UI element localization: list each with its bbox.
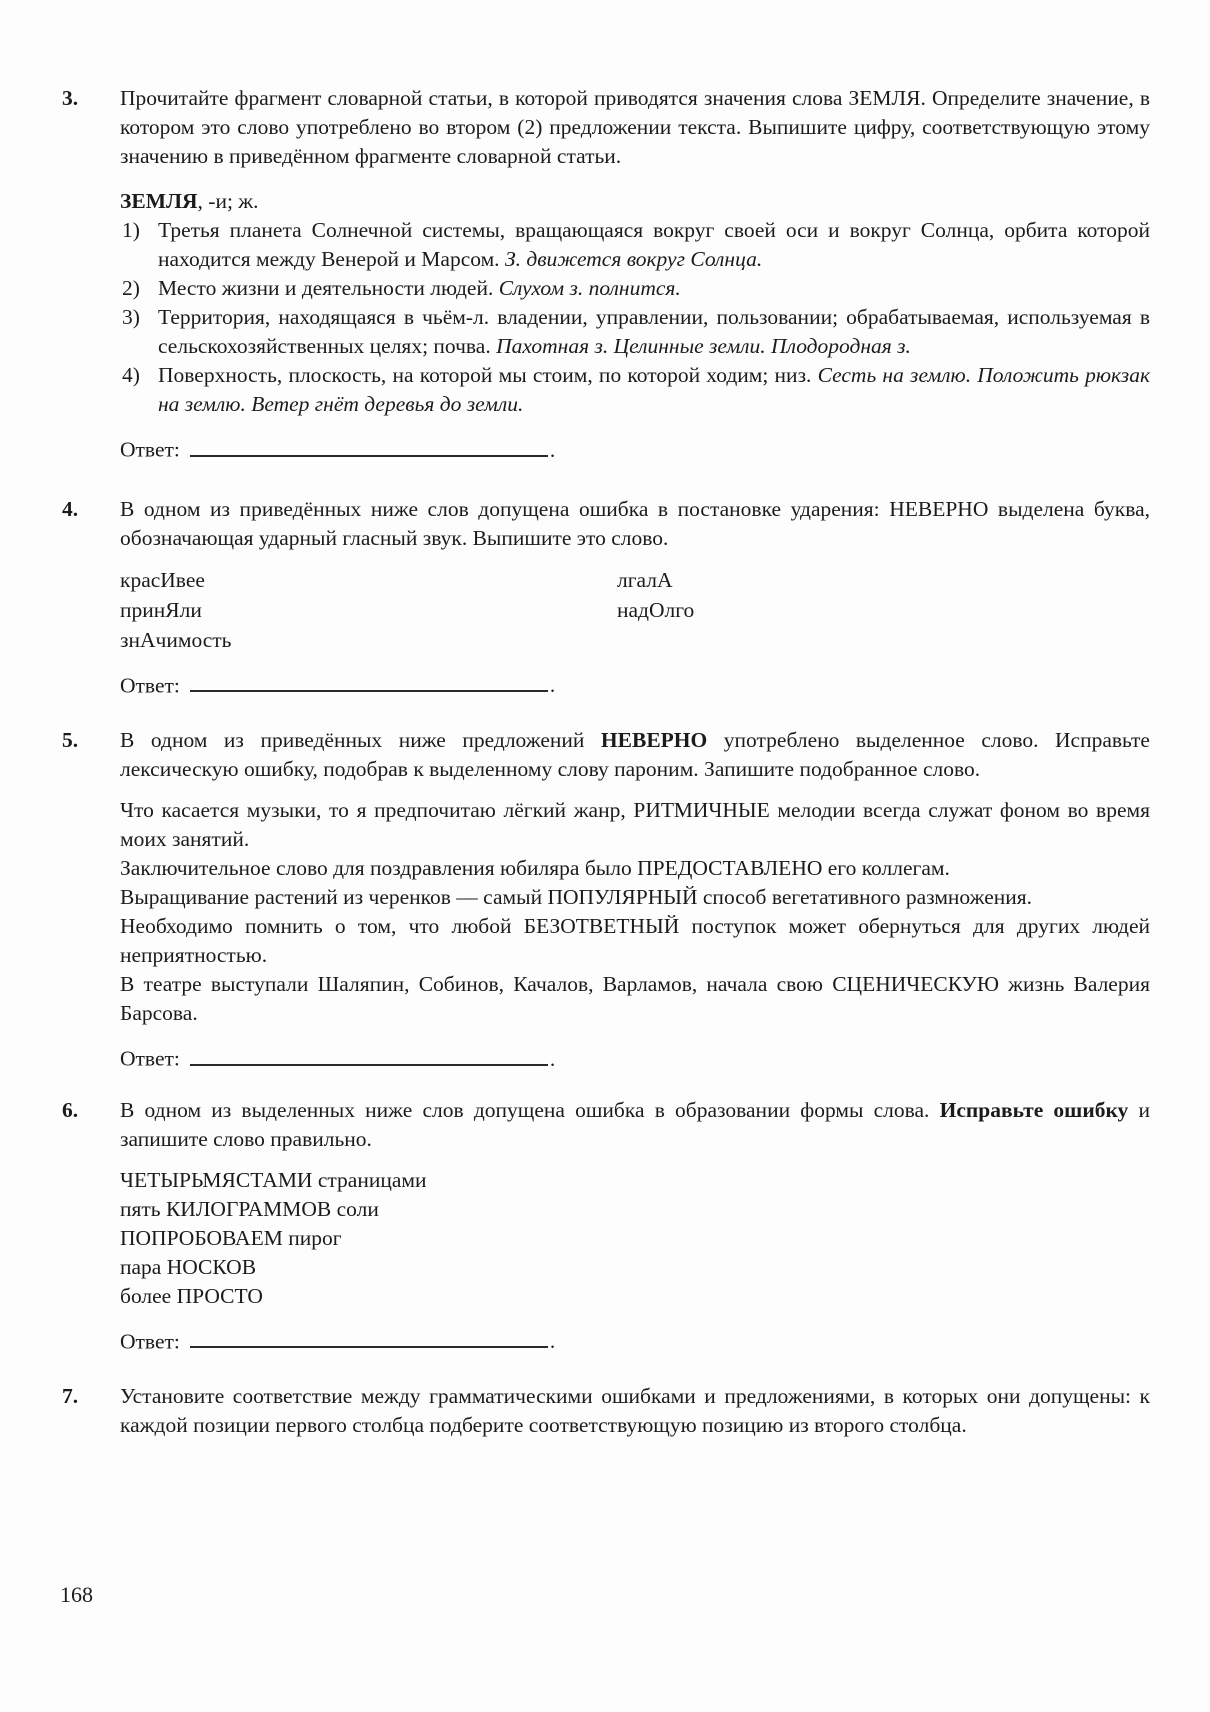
- question-4-prompt: В одном из приведённых ниже слов допущен…: [120, 495, 1150, 553]
- question-6: 6. В одном из выделенных ниже слов допущ…: [120, 1096, 1150, 1357]
- question-5-sentences: Что касается музыки, то я предпочитаю лё…: [120, 796, 1150, 1028]
- question-6-prompt: В одном из выделенных ниже слов допущена…: [120, 1096, 1150, 1154]
- sentence: Выращивание растений из черенков — самый…: [120, 883, 1150, 912]
- sentence: Что касается музыки, то я предпочитаю лё…: [120, 796, 1150, 854]
- word-column-2: лгалА надОлго: [617, 565, 694, 655]
- question-4-answer-line: Ответ:.: [120, 669, 1150, 701]
- answer-period: .: [550, 1329, 555, 1353]
- question-5: 5. В одном из приведённых ниже предложен…: [120, 726, 1150, 1074]
- sense-4-text: Поверхность, плоскость, на которой мы ст…: [158, 363, 1150, 416]
- word-item: красИвее: [120, 565, 617, 595]
- option-item: ПОПРОБОВАЕМ пирог: [120, 1224, 1150, 1253]
- sense-1-number: 1): [122, 216, 140, 245]
- question-3-answer-line: Ответ:.: [120, 433, 1150, 465]
- word-item: принЯли: [120, 595, 617, 625]
- answer-blank: [190, 1042, 548, 1066]
- answer-label: Ответ:: [120, 1329, 180, 1353]
- sense-3-number: 3): [122, 303, 140, 332]
- question-3-prompt: Прочитайте фрагмент словарной статьи, в …: [120, 84, 1150, 171]
- dictionary-sense-3: 3) Территория, находящаяся в чьём-л. вла…: [120, 303, 1150, 361]
- sense-1-text: Третья планета Солнечной системы, вращаю…: [158, 218, 1150, 271]
- option-item: пять КИЛОГРАММОВ соли: [120, 1195, 1150, 1224]
- answer-label: Ответ:: [120, 1047, 180, 1071]
- answer-period: .: [550, 673, 555, 697]
- scanned-exam-page: 3. Прочитайте фрагмент словарной статьи,…: [0, 0, 1210, 1712]
- question-6-answer-line: Ответ:.: [120, 1325, 1150, 1357]
- sentence: Заключительное слово для поздравления юб…: [120, 854, 1150, 883]
- sense-2-number: 2): [122, 274, 140, 303]
- question-4: 4. В одном из приведённых ниже слов допу…: [120, 495, 1150, 701]
- answer-blank: [190, 669, 548, 693]
- question-6-number: 6.: [62, 1096, 112, 1125]
- dictionary-sense-4: 4) Поверхность, плоскость, на которой мы…: [120, 361, 1150, 419]
- question-7-prompt: Установите соответствие между грамматиче…: [120, 1382, 1150, 1440]
- word-item: знАчимость: [120, 625, 617, 655]
- word-item: лгалА: [617, 565, 694, 595]
- answer-period: .: [550, 438, 555, 462]
- question-4-number: 4.: [62, 495, 112, 524]
- answer-blank: [190, 433, 548, 457]
- answer-period: .: [550, 1047, 555, 1071]
- question-5-number: 5.: [62, 726, 112, 755]
- dictionary-senses: 1) Третья планета Солнечной системы, вра…: [120, 216, 1150, 419]
- sentence: В театре выступали Шаляпин, Собинов, Кач…: [120, 970, 1150, 1028]
- answer-label: Ответ:: [120, 673, 180, 697]
- question-6-options: ЧЕТЫРЬМЯСТАМИ страницами пять КИЛОГРАММО…: [120, 1166, 1150, 1311]
- question-5-prompt: В одном из приведённых ниже предложений …: [120, 726, 1150, 784]
- answer-blank: [190, 1325, 548, 1349]
- answer-label: Ответ:: [120, 438, 180, 462]
- question-3: 3. Прочитайте фрагмент словарной статьи,…: [120, 84, 1150, 465]
- question-7-number: 7.: [62, 1382, 112, 1411]
- sense-4-number: 4): [122, 361, 140, 390]
- sense-2-text: Место жизни и деятельности людей. Слухом…: [158, 276, 681, 300]
- question-7: 7. Установите соответствие между граммат…: [120, 1382, 1150, 1440]
- option-item: ЧЕТЫРЬМЯСТАМИ страницами: [120, 1166, 1150, 1195]
- option-item: пара НОСКОВ: [120, 1253, 1150, 1282]
- sense-3-text: Территория, находящаяся в чьём-л. владен…: [158, 305, 1150, 358]
- word-item: надОлго: [617, 595, 694, 625]
- question-4-word-list: красИвее принЯли знАчимость лгалА надОлг…: [120, 565, 1150, 655]
- dictionary-sense-1: 1) Третья планета Солнечной системы, вра…: [120, 216, 1150, 274]
- dictionary-headword: ЗЕМЛЯ, -и; ж.: [120, 187, 1150, 216]
- word-column-1: красИвее принЯли знАчимость: [120, 565, 617, 655]
- page-number: 168: [60, 1580, 93, 1609]
- question-5-answer-line: Ответ:.: [120, 1042, 1150, 1074]
- option-item: более ПРОСТО: [120, 1282, 1150, 1311]
- dictionary-sense-2: 2) Место жизни и деятельности людей. Слу…: [120, 274, 1150, 303]
- sentence: Необходимо помнить о том, что любой БЕЗО…: [120, 912, 1150, 970]
- question-3-number: 3.: [62, 84, 112, 113]
